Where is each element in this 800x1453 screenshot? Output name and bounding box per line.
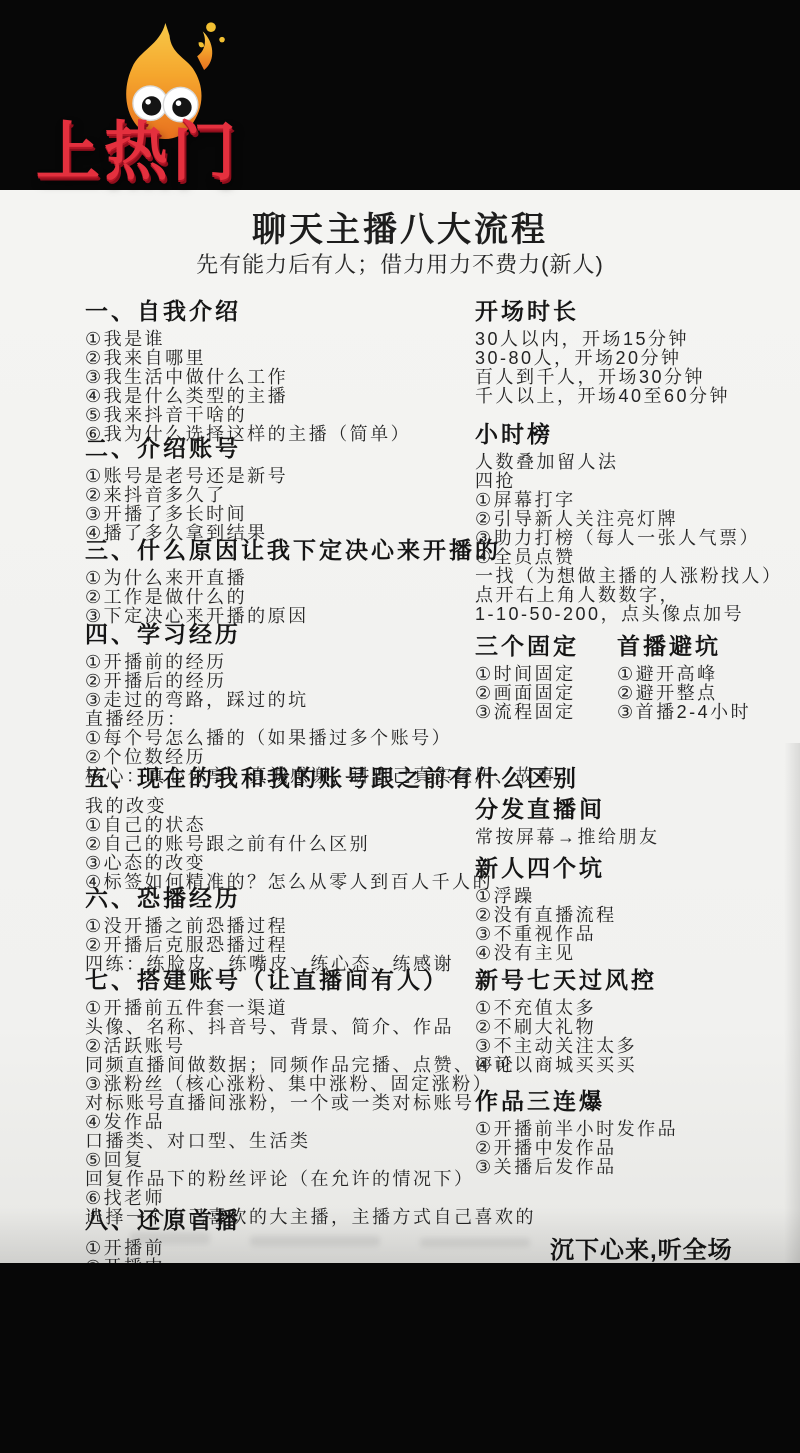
screenshot-frame: 上热门 聊天主播八大流程 先有能力后有人；借力用力不费力(新人) 一、自我介绍 … xyxy=(0,0,800,1453)
section-heading: 八、还原首播 xyxy=(85,1202,241,1235)
text-line: 人数叠加留人法 xyxy=(475,453,783,472)
bottom-banner xyxy=(0,1263,800,1453)
text-line: ②避开整点 xyxy=(617,684,751,703)
section-newbie-pitfalls: 新人四个坑 ①浮躁②没有直播流程③不重视作品④没有主见 xyxy=(475,850,617,963)
section-heading: 五、现在的我和我的账号跟之前有什么区别 xyxy=(85,760,579,793)
section-lines: ①不充值太多②不刷大礼物③不主动关注太多④可以商城买买买 xyxy=(475,999,657,1075)
text-line: ④可以商城买买买 xyxy=(475,1056,657,1075)
text-line: 百人到千人，开场30分钟 xyxy=(475,368,730,387)
section-heading: 开场时长 xyxy=(475,293,730,326)
text-line: ⑤我来抖音干啥的 xyxy=(85,406,411,425)
text-line: ③首播2-4小时 xyxy=(617,703,751,722)
section-build-account: 七、搭建账号（让直播间有人） ①开播前五件套一渠道头像、名称、抖音号、背景、简介… xyxy=(85,962,536,1227)
text-line: ④我是什么类型的主播 xyxy=(85,387,411,406)
text-line: 30人以内，开场15分钟 xyxy=(475,330,730,349)
text-line: ③关播后发作品 xyxy=(475,1158,678,1177)
section-heading: 小时榜 xyxy=(475,416,783,449)
section-lines: ①开播前半小时发作品②开播中发作品③关播后发作品 xyxy=(475,1120,678,1177)
watermark-smudge xyxy=(130,1232,210,1244)
text-line: ①避开高峰 xyxy=(617,665,751,684)
section-heading: 分发直播间 xyxy=(475,791,660,824)
section-lines: ①开播前五件套一渠道头像、名称、抖音号、背景、简介、作品②活跃账号同频直播间做数… xyxy=(85,999,536,1227)
text-line: ②不刷大礼物 xyxy=(475,1018,657,1037)
text-line: ①为什么来开直播 xyxy=(85,569,501,588)
text-line: ②画面固定 xyxy=(475,684,579,703)
text-line: ①开播前五件套一渠道 xyxy=(85,999,536,1018)
section-risk-control: 新号七天过风控 ①不充值太多②不刷大礼物③不主动关注太多④可以商城买买买 xyxy=(475,962,657,1075)
text-line: ⑤回复 xyxy=(85,1151,536,1170)
text-line: 1-10-50-200，点头像点加号 xyxy=(475,605,783,624)
text-line: 30-80人，开场20分钟 xyxy=(475,349,730,368)
text-line: 常按屏幕→推给朋友 xyxy=(475,828,660,847)
section-heading: 六、恐播经历 xyxy=(85,880,454,913)
section-lines: 30人以内，开场15分钟30-80人，开场20分钟百人到千人，开场30分钟千人以… xyxy=(475,330,730,406)
text-line: ①屏幕打字 xyxy=(475,491,783,510)
document-page: 聊天主播八大流程 先有能力后有人；借力用力不费力(新人) 一、自我介绍 ①我是谁… xyxy=(0,190,800,1263)
section-three-fixed: 三个固定 ①时间固定②画面固定③流程固定 xyxy=(475,628,579,722)
text-line: 千人以上，开场40至60分钟 xyxy=(475,387,730,406)
text-line: ①浮躁 xyxy=(475,887,617,906)
text-line: ③涨粉丝（核心涨粉、集中涨粉、固定涨粉） xyxy=(85,1075,536,1094)
section-heading: 二、介绍账号 xyxy=(85,430,288,463)
text-line: 回复作品下的粉丝评论（在允许的情况下） xyxy=(85,1170,536,1189)
text-line: ①账号是老号还是新号 xyxy=(85,467,288,486)
section-self-intro: 一、自我介绍 ①我是谁②我来自哪里③我生活中做什么工作④我是什么类型的主播⑤我来… xyxy=(85,293,411,444)
text-line: ①没开播之前恐播过程 xyxy=(85,917,454,936)
text-line: ①开播前半小时发作品 xyxy=(475,1120,678,1139)
section-lines: ①浮躁②没有直播流程③不重视作品④没有主见 xyxy=(475,887,617,963)
section-stage-fright: 六、恐播经历 ①没开播之前恐播过程②开播后克服恐播过程四练：练脸皮、练嘴皮、练心… xyxy=(85,880,454,974)
section-lines: ①我是谁②我来自哪里③我生活中做什么工作④我是什么类型的主播⑤我来抖音干啥的⑥我… xyxy=(85,330,411,444)
text-line: 点开右上角人数数字， xyxy=(475,586,783,605)
text-line: ④全员点赞 xyxy=(475,548,783,567)
text-line: 一找（为想做主播的人涨粉找人） xyxy=(475,567,783,586)
text-line: ④没有主见 xyxy=(475,944,617,963)
text-line: ③开播了多长时间 xyxy=(85,505,288,524)
text-line: 口播类、对口型、生活类 xyxy=(85,1132,536,1151)
section-lines: ①避开高峰②避开整点③首播2-4小时 xyxy=(617,665,751,722)
text-line: ③不重视作品 xyxy=(475,925,617,944)
section-heading: 三个固定 xyxy=(475,628,579,661)
text-line: ②工作是做什么的 xyxy=(85,588,501,607)
text-line: ③不主动关注太多 xyxy=(475,1037,657,1056)
page-subtitle: 先有能力后有人；借力用力不费力(新人) xyxy=(0,248,800,279)
text-line: ②引导新人关注亮灯牌 xyxy=(475,510,783,529)
section-lines: ①时间固定②画面固定③流程固定 xyxy=(475,665,579,722)
text-line: 对标账号直播间涨粉，一个或一类对标账号 xyxy=(85,1094,536,1113)
section-distribute-room: 分发直播间 常按屏幕→推给朋友 xyxy=(475,791,660,847)
section-hourly-rank: 小时榜 人数叠加留人法四抢①屏幕打字②引导新人关注亮灯牌③助力打榜（每人一张人气… xyxy=(475,416,783,624)
footer-note: 沉下心来,听全场 xyxy=(550,1230,733,1265)
section-account-intro: 二、介绍账号 ①账号是老号还是新号②来抖音多久了③开播了多长时间④播了多久拿到结… xyxy=(85,430,288,543)
text-line: ②我来自哪里 xyxy=(85,349,411,368)
page-title: 聊天主播八大流程 xyxy=(0,202,800,251)
section-lines: 人数叠加留人法四抢①屏幕打字②引导新人关注亮灯牌③助力打榜（每人一张人气票）④全… xyxy=(475,453,783,624)
text-line: ②活跃账号 xyxy=(85,1037,536,1056)
top-banner: 上热门 xyxy=(0,0,800,190)
text-line: ①每个号怎么播的（如果播过多个账号） xyxy=(85,729,557,748)
section-heading: 新号七天过风控 xyxy=(475,962,657,995)
text-line: ②开播中发作品 xyxy=(475,1139,678,1158)
text-line: ②开播后克服恐播过程 xyxy=(85,936,454,955)
watermark-smudge xyxy=(250,1236,380,1246)
text-line: 同频直播间做数据；同频作品完播、点赞、评论 xyxy=(85,1056,536,1075)
text-line: ④发作品 xyxy=(85,1113,536,1132)
text-line: ③助力打榜（每人一张人气票） xyxy=(475,529,783,548)
section-triple-post: 作品三连爆 ①开播前半小时发作品②开播中发作品③关播后发作品 xyxy=(475,1083,678,1177)
section-heading: 一、自我介绍 xyxy=(85,293,411,326)
text-line: 头像、名称、抖音号、背景、简介、作品 xyxy=(85,1018,536,1037)
section-heading: 三、什么原因让我下定决心来开播的 xyxy=(85,532,501,565)
section-opening-duration: 开场时长 30人以内，开场15分钟30-80人，开场20分钟百人到千人，开场30… xyxy=(475,293,730,406)
section-heading: 首播避坑 xyxy=(617,628,751,661)
trending-logo-text: 上热门 xyxy=(36,120,240,184)
text-line: ②没有直播流程 xyxy=(475,906,617,925)
text-line: ①不充值太多 xyxy=(475,999,657,1018)
text-line: ③我生活中做什么工作 xyxy=(85,368,411,387)
section-heading: 新人四个坑 xyxy=(475,850,617,883)
section-heading: 作品三连爆 xyxy=(475,1083,678,1116)
section-why-stream: 三、什么原因让我下定决心来开播的 ①为什么来开直播②工作是做什么的③下定决心来开… xyxy=(85,532,501,626)
section-heading: 七、搭建账号（让直播间有人） xyxy=(85,962,536,995)
text-line: ①时间固定 xyxy=(475,665,579,684)
watermark-smudge xyxy=(420,1238,530,1247)
text-line: ①我是谁 xyxy=(85,330,411,349)
text-line: 四抢 xyxy=(475,472,783,491)
text-line: ②来抖音多久了 xyxy=(85,486,288,505)
section-first-stream-pitfalls: 首播避坑 ①避开高峰②避开整点③首播2-4小时 xyxy=(617,628,751,722)
text-line: ③流程固定 xyxy=(475,703,579,722)
section-lines: 常按屏幕→推给朋友 xyxy=(475,828,660,847)
